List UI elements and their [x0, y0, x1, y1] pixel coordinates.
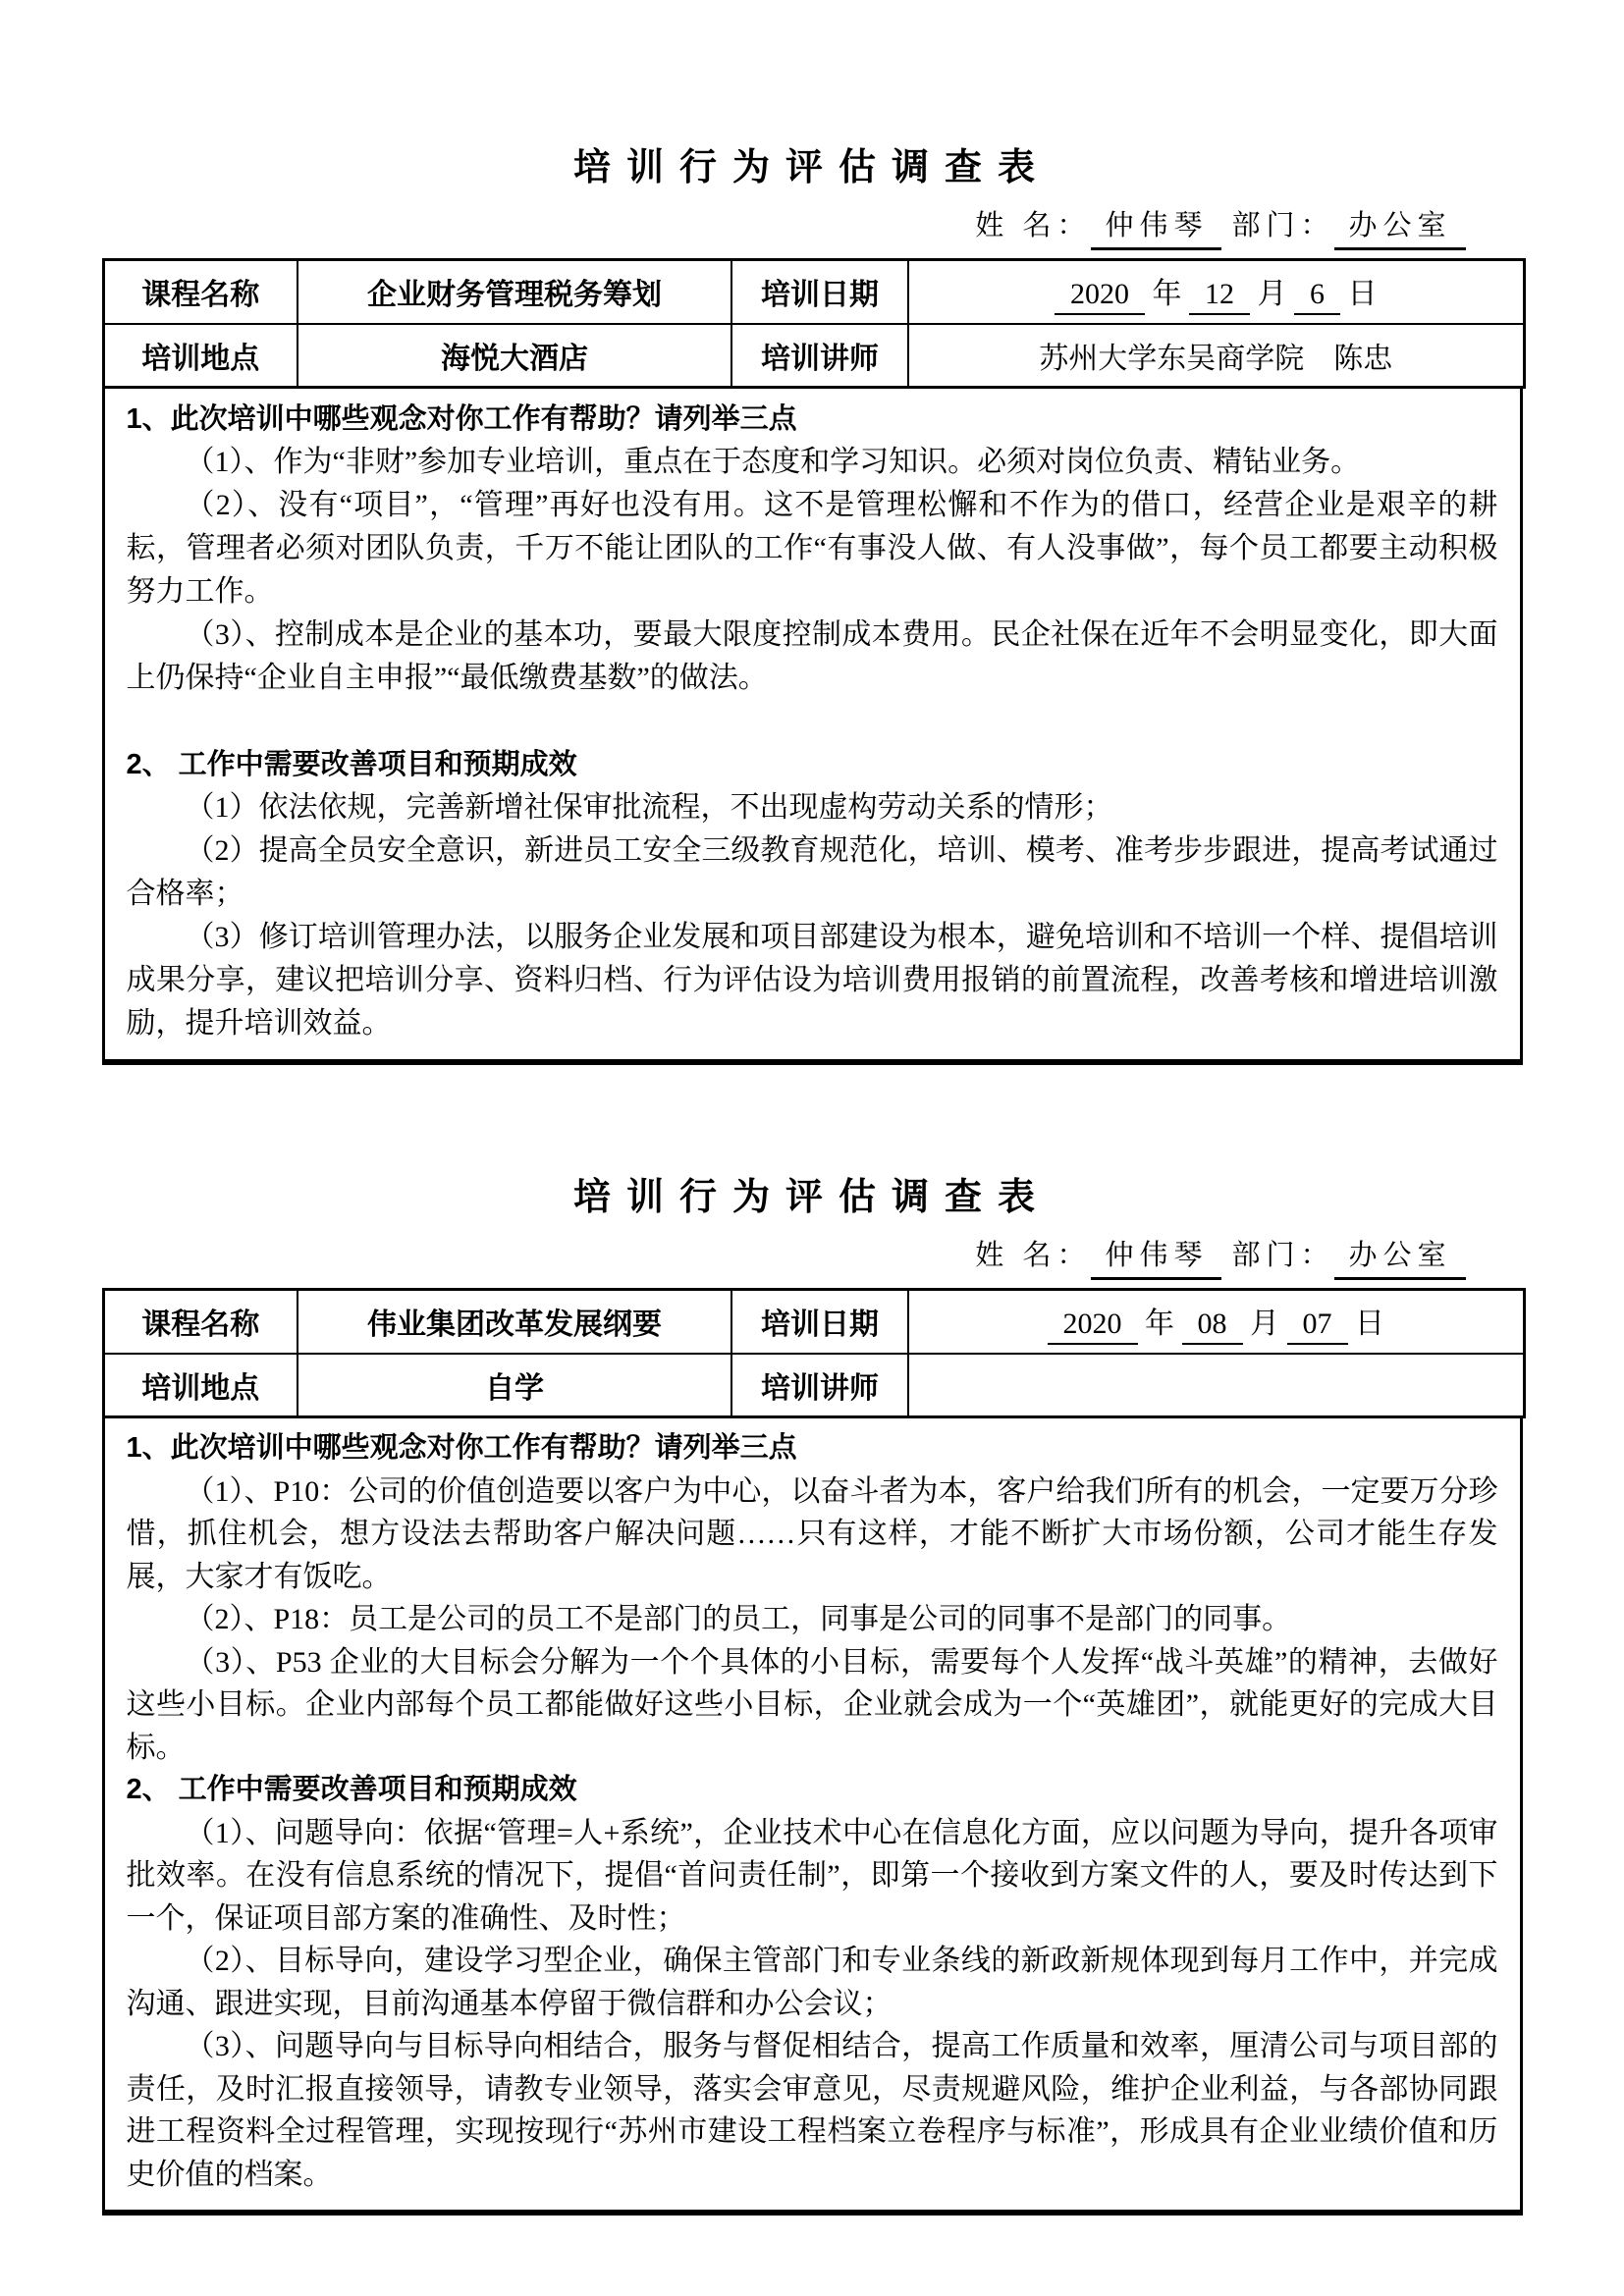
name-value: 仲伟琴 [1091, 1236, 1221, 1280]
location-value: 自学 [298, 1354, 731, 1417]
evaluation-form-1: 培训行为评估调查表 姓 名：仲伟琴部门：办公室 课程名称 企业财务管理税务筹划 … [102, 145, 1523, 1065]
training-date-value: 2020 年 12 月 6 日 [908, 260, 1524, 324]
name-label: 姓 名： [975, 210, 1091, 241]
table-row: 课程名称 伟业集团改革发展纲要 培训日期 2020 年 08 月 07 日 [103, 1290, 1524, 1354]
date-day: 6 [1294, 278, 1340, 315]
name-dept-line: 姓 名：仲伟琴部门：办公室 [102, 206, 1523, 250]
date-year: 2020 [1055, 278, 1145, 315]
answer-paragraph: （2）、目标导向，建设学习型企业，确保主管部门和专业条线的新政新规体现到每月工作… [127, 1940, 1498, 2025]
training-date-label: 培训日期 [731, 260, 908, 324]
question1-heading: 1、此次培训中哪些观念对你工作有帮助？请列举三点 [127, 398, 1498, 441]
question1-heading: 1、此次培训中哪些观念对你工作有帮助？请列举三点 [127, 1427, 1498, 1470]
location-label: 培训地点 [103, 1354, 298, 1417]
dept-label: 部门： [1231, 210, 1334, 241]
answer-paragraph: （2）、没有“项目”，“管理”再好也没有用。这不是管理松懈和不作为的借口，经营企… [127, 484, 1498, 614]
page: 培训行为评估调查表 姓 名：仲伟琴部门：办公室 课程名称 企业财务管理税务筹划 … [0, 0, 1624, 2296]
course-name-value: 伟业集团改革发展纲要 [298, 1290, 731, 1354]
form-meta-table: 课程名称 企业财务管理税务筹划 培训日期 2020 年 12 月 6 日 培训地… [102, 258, 1526, 389]
lecturer-value [908, 1354, 1524, 1417]
dept-label: 部门： [1231, 1240, 1334, 1271]
answer-paragraph: （3）、问题导向与目标导向相结合，服务与督促相结合，提高工作质量和效率，厘清公司… [127, 2025, 1498, 2196]
date-day-unit: 日 [1348, 278, 1378, 310]
answer-paragraph: （1）、问题导向：依据“管理=人+系统”，企业技术中心在信息化方面，应以问题为导… [127, 1812, 1498, 1941]
course-name-value: 企业财务管理税务筹划 [298, 260, 731, 324]
answer-paragraph: （3）、控制成本是企业的基本功，要最大限度控制成本费用。民企社保在近年不会明显变… [127, 614, 1498, 700]
date-month-unit: 月 [1258, 278, 1287, 310]
table-row: 培训地点 海悦大酒店 培训讲师 苏州大学东吴商学院 陈忠 [103, 324, 1524, 388]
location-label: 培训地点 [103, 324, 298, 388]
answer-paragraph: （1）依法依规，完善新增社保审批流程，不出现虚构劳动关系的情形； [127, 786, 1498, 829]
answer-paragraph: （1）、作为“非财”参加专业培训，重点在于态度和学习知识。必须对岗位负责、精钻业… [127, 441, 1498, 484]
answer-paragraph: （3）修订培训管理办法，以服务企业发展和项目部建设为根本，避免培训和不培训一个样… [127, 916, 1498, 1045]
date-year-unit: 年 [1153, 278, 1182, 310]
course-name-label: 课程名称 [103, 1290, 298, 1354]
form-meta-table: 课程名称 伟业集团改革发展纲要 培训日期 2020 年 08 月 07 日 培训… [102, 1288, 1526, 1418]
answers-box: 1、此次培训中哪些观念对你工作有帮助？请列举三点 （1）、P10：公司的价值创造… [102, 1417, 1523, 2216]
question2-heading: 2、 工作中需要改善项目和预期成效 [127, 1769, 1498, 1812]
answer-paragraph: （2）提高全员安全意识，新进员工安全三级教育规范化，培训、模考、准考步步跟进，提… [127, 829, 1498, 916]
table-row: 课程名称 企业财务管理税务筹划 培训日期 2020 年 12 月 6 日 [103, 260, 1524, 324]
lecturer-value: 苏州大学东吴商学院 陈忠 [908, 324, 1524, 388]
table-row: 培训地点 自学 培训讲师 [103, 1354, 1524, 1417]
dept-value: 办公室 [1334, 206, 1465, 250]
name-label: 姓 名： [975, 1240, 1091, 1271]
answer-paragraph: （3）、P53 企业的大目标会分解为一个个具体的小目标，需要每个人发挥“战斗英雄… [127, 1641, 1498, 1770]
answer-paragraph: （2）、P18：员工是公司的员工不是部门的员工，同事是公司的同事不是部门的同事。 [127, 1598, 1498, 1641]
lecturer-label: 培训讲师 [731, 324, 908, 388]
form-title: 培训行为评估调查表 [102, 145, 1523, 190]
form-title: 培训行为评估调查表 [102, 1175, 1523, 1220]
date-year: 2020 [1048, 1308, 1138, 1345]
blank-line [127, 700, 1498, 743]
evaluation-form-2: 培训行为评估调查表 姓 名：仲伟琴部门：办公室 课程名称 伟业集团改革发展纲要 … [102, 1175, 1523, 2216]
training-date-value: 2020 年 08 月 07 日 [908, 1290, 1524, 1354]
answers-box: 1、此次培训中哪些观念对你工作有帮助？请列举三点 （1）、作为“非财”参加专业培… [102, 388, 1523, 1065]
date-year-unit: 年 [1145, 1308, 1174, 1340]
course-name-label: 课程名称 [103, 260, 298, 324]
answer-paragraph: （1）、P10：公司的价值创造要以客户为中心，以奋斗者为本，客户给我们所有的机会… [127, 1470, 1498, 1599]
name-value: 仲伟琴 [1091, 206, 1221, 250]
lecturer-label: 培训讲师 [731, 1354, 908, 1417]
date-month: 12 [1189, 278, 1250, 315]
date-day: 07 [1287, 1308, 1348, 1345]
location-value: 海悦大酒店 [298, 324, 731, 388]
date-day-unit: 日 [1355, 1308, 1384, 1340]
question2-heading: 2、 工作中需要改善项目和预期成效 [127, 743, 1498, 786]
dept-value: 办公室 [1334, 1236, 1465, 1280]
date-month: 08 [1182, 1308, 1243, 1345]
name-dept-line: 姓 名：仲伟琴部门：办公室 [102, 1236, 1523, 1280]
training-date-label: 培训日期 [731, 1290, 908, 1354]
date-month-unit: 月 [1250, 1308, 1279, 1340]
